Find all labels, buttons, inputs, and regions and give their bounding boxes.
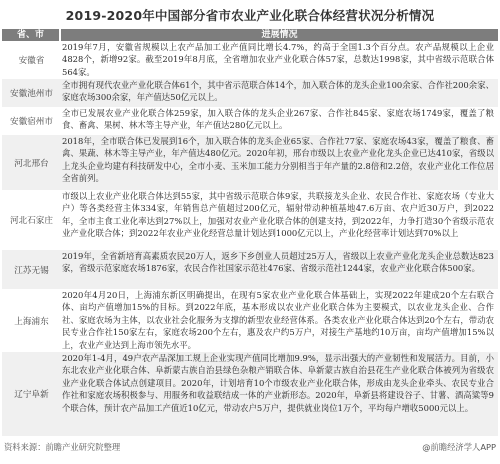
table-row: 河北石家庄 市级以上农业产业化联合体达到55家，其中省级示范联合体9家，共联接龙… [2, 190, 498, 250]
table-row: 安徽池州市 全市拥有现代农业产业化联合体61个，其中省示范联合体14个，加入联合… [2, 79, 498, 107]
table-row: 河北邢台 2018年，全市联合体已发展到16个，加入联合体的龙头企业65家、合作… [2, 135, 498, 190]
table-row: 辽宁阜新 2020年1-4月，49户农产品深加工规上企业实现产值同比增加9.9%… [2, 352, 498, 436]
progress-cell: 2018年，全市联合体已发展到16个，加入联合体的龙头企业65家、合作社77家、… [61, 135, 498, 190]
region-cell: 安徽省 [2, 41, 61, 79]
table-row: 江苏无锡 2019年，全省新培育高素质农民20万人，返乡下乡创业人员超过25万人… [2, 250, 498, 289]
progress-cell: 2019年，全省新培育高素质农民20万人，返乡下乡创业人员超过25万人，省级以上… [61, 250, 498, 289]
header-progress: 进展情况 [61, 29, 498, 41]
region-cell: 上海浦东 [2, 289, 61, 352]
progress-cell: 全市已发展农业产业化联合体259家，加入联合体的龙头企业267家、合作社845家… [61, 107, 498, 135]
header-region: 省、市 [2, 29, 61, 41]
region-cell: 河北邢台 [2, 135, 61, 190]
progress-table: 省、市 进展情况 安徽省 2019年7月，安徽省规模以上农产品加工业产值同比增长… [2, 29, 498, 436]
region-cell: 河北石家庄 [2, 190, 61, 250]
region-cell: 辽宁阜新 [2, 352, 61, 436]
table-row: 安徽省 2019年7月，安徽省规模以上农产品加工业产值同比增长4.7%，约高于全… [2, 41, 498, 79]
table-row: 安徽宿州市 全市已发展农业产业化联合体259家，加入联合体的龙头企业267家、合… [2, 107, 498, 135]
credit-note: @前瞻经济学人APP [422, 441, 496, 453]
table-header: 省、市 进展情况 [2, 29, 498, 41]
footer: 资料来源：前瞻产业研究院整理 @前瞻经济学人APP [4, 441, 496, 453]
progress-cell: 2020年1-4月，49户农产品深加工规上企业实现产值同比增加9.9%，显示出强… [61, 352, 498, 436]
region-cell: 安徽池州市 [2, 79, 61, 107]
progress-cell: 市级以上农业产业化联合体达到55家，其中省级示范联合体9家，共联接龙头企业、农民… [61, 190, 498, 250]
progress-cell: 2020年4月20日，上海浦东新区明确提出，在现有5家农业产业化联合体基础上，实… [61, 289, 498, 352]
progress-cell: 2019年7月，安徽省规模以上农产品加工业产值同比增长4.7%，约高于全国1.3… [61, 41, 498, 79]
progress-cell: 全市拥有现代农业产业化联合体61个，其中省示范联合体14个，加入联合体的龙头企业… [61, 79, 498, 107]
page-title: 2019-2020年中国部分省市农业产业化联合体经营状况分析情况 [0, 6, 500, 24]
table-row: 上海浦东 2020年4月20日，上海浦东新区明确提出，在现有5家农业产业化联合体… [2, 289, 498, 352]
region-cell: 江苏无锡 [2, 250, 61, 289]
region-cell: 安徽宿州市 [2, 107, 61, 135]
source-note: 资料来源：前瞻产业研究院整理 [4, 441, 120, 453]
